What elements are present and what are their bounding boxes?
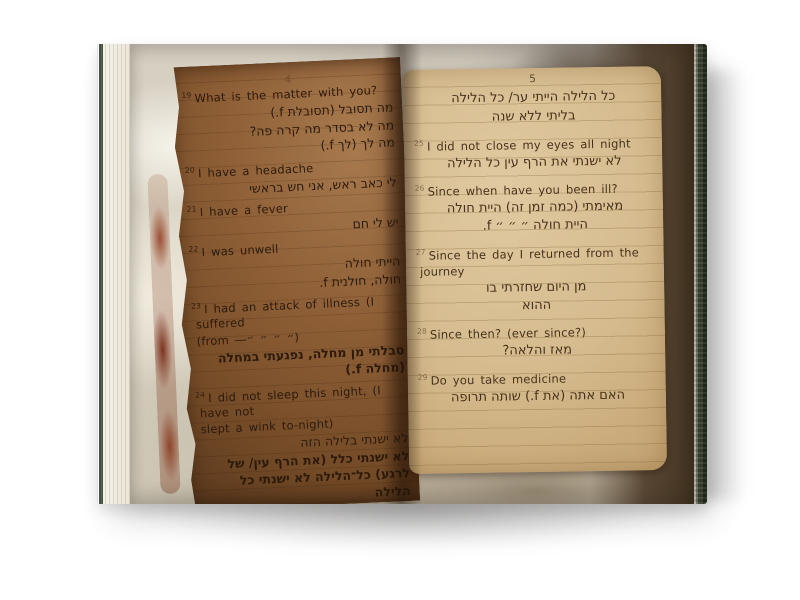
hebrew-line: האם אתה (את f.) שותה תרופה [422,386,654,408]
lead-hebrew-line: כל הלילה הייתי ער/ כל הלילה [417,87,649,109]
book-side-shadow [702,69,754,501]
hebrew-line: ההוא [420,295,652,317]
hebrew-line: לא ישנתי כלל (את הרף עין/ של לרגע) כל־הל… [202,447,411,504]
english-text: I did not close my eyes all night [427,136,631,153]
lead-hebrew-line: בליתי ללא שנה [417,106,649,128]
hebrew-line: לא ישנתי את הרף עין כל הלילה [418,152,650,174]
printed-notebook-photo: 4 19What is the matter with you? מה תסוב… [130,44,694,504]
phrase-entry-24: 24I did not sleep this night, (I have no… [199,382,411,504]
entry-number: 19 [181,91,191,100]
entry-number: 22 [188,244,198,253]
english-text: Since the day I returned from the [429,245,640,262]
phrase-entry-25: 25I did not close my eyes all night לא י… [418,136,651,174]
left-page-edges [97,44,130,504]
entry-number: 25 [414,138,424,147]
english-text: Do you take medicine [431,371,567,387]
phrase-entry-26: 26Since when have you been ill? מאימתי (… [419,181,652,237]
phrase-entry-28: 28Since then? (ever since?) מאז והלאה? [421,324,654,362]
english-text: I have a fever [199,202,288,220]
left-page-content: 4 19What is the matter with you? מה תסוב… [164,57,420,504]
phrase-entry-20: 20I have a headache לי כאב ראש, אני חש ב… [189,157,397,200]
english-text: Since when have you been ill? [428,182,618,199]
english-text: Since then? (ever since?) [430,326,586,342]
entry-number: 20 [185,165,195,174]
phrase-entry-23: 23I had an attack of illness (I suffered… [195,293,406,385]
notebook-right-page: 5 כל הלילה הייתי ער/ כל הלילה בליתי ללא … [403,66,667,474]
entry-number: 26 [415,184,425,193]
photo-backdrop: 4 19What is the matter with you? מה תסוב… [0,0,800,600]
entry-number: 21 [187,205,197,214]
hebrew-line: מאז והלאה? [421,341,653,363]
phrase-entry-29: 29Do you take medicine האם אתה (את f.) ש… [422,370,655,408]
book-spread: 4 19What is the matter with you? מה תסוב… [97,44,707,504]
entry-number: 29 [418,372,428,381]
entry-number: 23 [191,301,201,310]
right-cover-edge [694,44,707,504]
phrase-entry-27: 27Since the day I returned from the jour… [420,245,653,317]
entry-number: 24 [195,390,205,399]
phrase-entry-19: 19What is the matter with you? מה תסובל … [185,82,395,160]
entry-number: 28 [417,327,427,336]
lead-hebrew-block: כל הלילה הייתי ער/ כל הלילה בליתי ללא שנ… [417,87,650,128]
notebook-left-page: 4 19What is the matter with you? מה תסוב… [164,57,420,504]
english-text: I was unwell [201,242,279,259]
hebrew-line: היית חולה ״ ״ ״ f. [419,216,651,238]
entry-number: 27 [416,247,426,256]
right-page-content: 5 כל הלילה הייתי ער/ כל הלילה בליתי ללא … [403,66,666,408]
phrase-entry-21: 21I have a fever יש לי חם [191,197,399,240]
phrase-entry-22: 22I was unwell הייתי חולה חולה, חולנית f… [192,236,401,297]
